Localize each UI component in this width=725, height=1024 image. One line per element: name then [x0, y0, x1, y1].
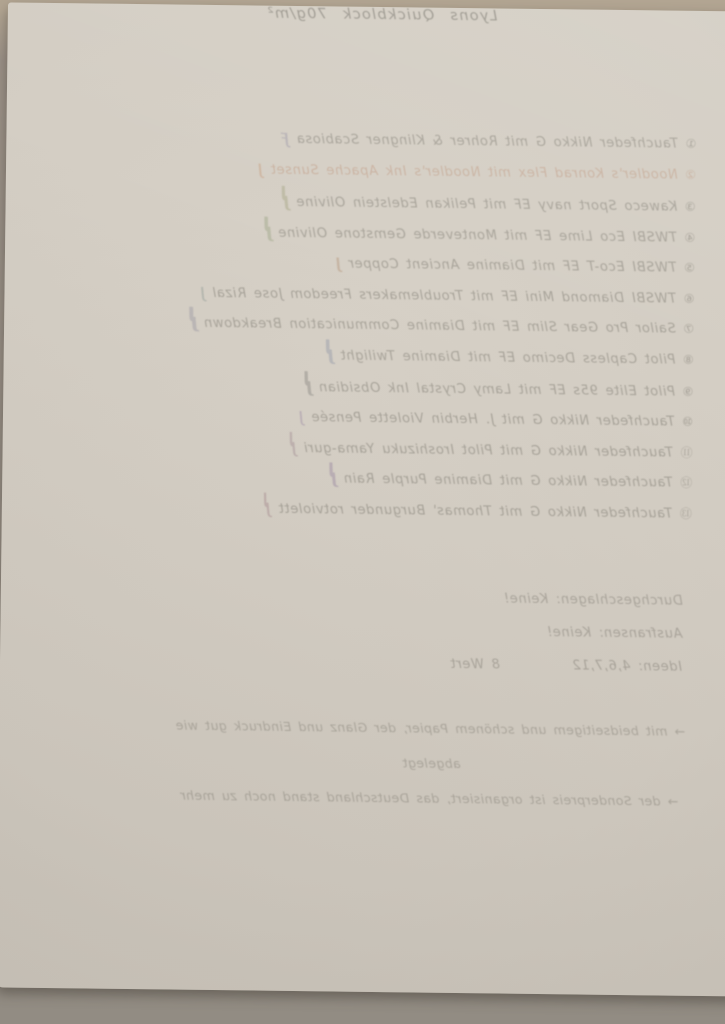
- summary-label: Ausfransen:: [591, 626, 682, 642]
- item-number: ⑥: [683, 292, 695, 306]
- item-tally: JJJ: [298, 407, 303, 425]
- summary-line: Durchgeschlagen: Keine!: [503, 592, 683, 609]
- list-item: ②Noodler's Konrad Flex mit Noodler's Ink…: [257, 160, 696, 183]
- item-number: ⑬: [679, 507, 692, 521]
- summary-label: Ideen:: [630, 659, 682, 675]
- item-number: ②: [685, 168, 697, 182]
- handwriting-layer: Lyons Quickblock 70g/m² ①Tauchfeder Nikk…: [0, 2, 725, 996]
- list-item: ⑤TWSBI Eco-T EF mit Diamine Ancient Copp…: [335, 253, 695, 275]
- list-item: ⑪Tauchfeder Nikko G mit Pilot Iroshizuku…: [290, 438, 692, 461]
- list-item: ④TWSBI Eco Lime EF mit Monteverde Gemsto…: [265, 223, 696, 246]
- list-item: ⑬Tauchfeder Nikko G mit Thomas' Burgunde…: [265, 499, 692, 522]
- list-item: ⑧Pilot Capless Decimo EF mit Diamine Twi…: [327, 345, 694, 367]
- paper-sheet: Lyons Quickblock 70g/m² ①Tauchfeder Nikk…: [0, 2, 725, 996]
- summary-extra: 8 Wert: [450, 657, 500, 673]
- item-text: TWSBI Eco Lime EF mit Monteverde Gemston…: [278, 226, 677, 246]
- item-tally: JJJJJJJJJJJJJJJJJJJJ: [283, 192, 288, 210]
- item-tally: JJJJJJJJJJJJJJJJJJJJJJJJ: [265, 223, 270, 241]
- item-text: Noodler's Konrad Flex mit Noodler's Ink …: [270, 163, 677, 183]
- item-number: ④: [684, 231, 696, 245]
- item-number: ①: [685, 137, 697, 151]
- item-number: ⑤: [683, 261, 695, 275]
- item-number: ⑦: [683, 322, 695, 336]
- item-number: ⑨: [682, 385, 694, 399]
- item-tally: JJJJJJJJJJJJJJJJJJJJJJ: [305, 377, 310, 395]
- summary-value: Keine!: [503, 592, 548, 608]
- item-text: Tauchfeder Nikko G mit Diamine Purple Ra…: [343, 472, 673, 491]
- note-line: abgelegt: [402, 755, 461, 771]
- summary-line: Ideen: 4,6,7,128 Wert: [450, 657, 682, 675]
- item-text: TWSBI Diamond Mini EF mit Troublemakers …: [212, 286, 676, 307]
- list-item: ①Tauchfeder Nikko G mit Rohrer & Klingne…: [280, 129, 697, 152]
- item-text: Tauchfeder Nikko G mit Pilot Iroshizuku …: [303, 441, 673, 461]
- item-tally: JJJJF: [280, 129, 289, 147]
- item-text: Tauchfeder Nikko G mit Thomas' Burgunder…: [278, 502, 672, 522]
- item-number: ⑪: [680, 446, 693, 460]
- item-tally: JJJJJJJJJJ: [290, 438, 295, 456]
- item-text: TWSBI Eco-T EF mit Diamine Ancient Coppe…: [348, 257, 677, 276]
- item-number: ⑫: [680, 476, 693, 490]
- list-item: ③Kaweco Sport navy EF mit Pelikan Edelst…: [283, 192, 696, 215]
- item-tally: JJJJJJJJJJJJJJJJJJJJJJJJ: [327, 345, 332, 363]
- item-number: ⑩: [682, 415, 694, 429]
- note-line: → mit beidseitigem und schönem Papier, d…: [175, 718, 685, 739]
- item-tally: JJJJJJJJJJJJJJJJJJJJJJJJJJJJ: [190, 313, 195, 331]
- item-text: Pilot Elite 95s EF mit Lamy Crystal Ink …: [318, 380, 675, 399]
- photo-canvas: { "photo": { "background_color": "#9b918…: [0, 0, 725, 1024]
- item-tally: JJJJJJJJJJJJJJJJJJJJ: [330, 468, 335, 486]
- item-tally: JJJJ: [199, 283, 204, 301]
- page-title: Lyons Quickblock 70g/m²: [8, 2, 725, 27]
- item-text: Sailor Pro Gear Slim EF mit Diamine Comm…: [203, 316, 675, 337]
- item-tally: JJJJJJJJ: [265, 499, 270, 517]
- list-item: ⑨Pilot Elite 95s EF mit Lamy Crystal Ink…: [305, 377, 693, 400]
- item-number: ⑧: [682, 353, 694, 367]
- item-tally: JJJJJJ: [335, 253, 340, 271]
- item-text: Tauchfeder Nikko G mit J. Herbin Violett…: [311, 410, 675, 429]
- list-item: ⑩Tauchfeder Nikko G mit J. Herbin Violet…: [298, 407, 693, 430]
- list-item: ⑫Tauchfeder Nikko G mit Diamine Purple R…: [330, 468, 692, 490]
- list-item: ⑥TWSBI Diamond Mini EF mit Troublemakers…: [199, 283, 695, 307]
- item-number: ③: [684, 200, 696, 214]
- item-text: Tauchfeder Nikko G mit Rohrer & Klingner…: [296, 132, 678, 152]
- summary-label: Durchgeschlagen:: [548, 592, 683, 609]
- list-item: ⑦Sailor Pro Gear Slim EF mit Diamine Com…: [190, 313, 694, 337]
- note-line: → der Sonderpreis ist organisiert, das D…: [180, 788, 678, 809]
- item-tally: JJJJ: [257, 160, 262, 178]
- summary-value: Keine!: [546, 625, 591, 641]
- item-text: Pilot Capless Decimo EF mit Diamine Twil…: [340, 349, 675, 368]
- summary-value: 4,6,7,12: [572, 658, 631, 674]
- item-text: Kaweco Sport navy EF mit Pelikan Edelste…: [296, 195, 677, 215]
- summary-line: Ausfransen: Keine!: [546, 625, 682, 642]
